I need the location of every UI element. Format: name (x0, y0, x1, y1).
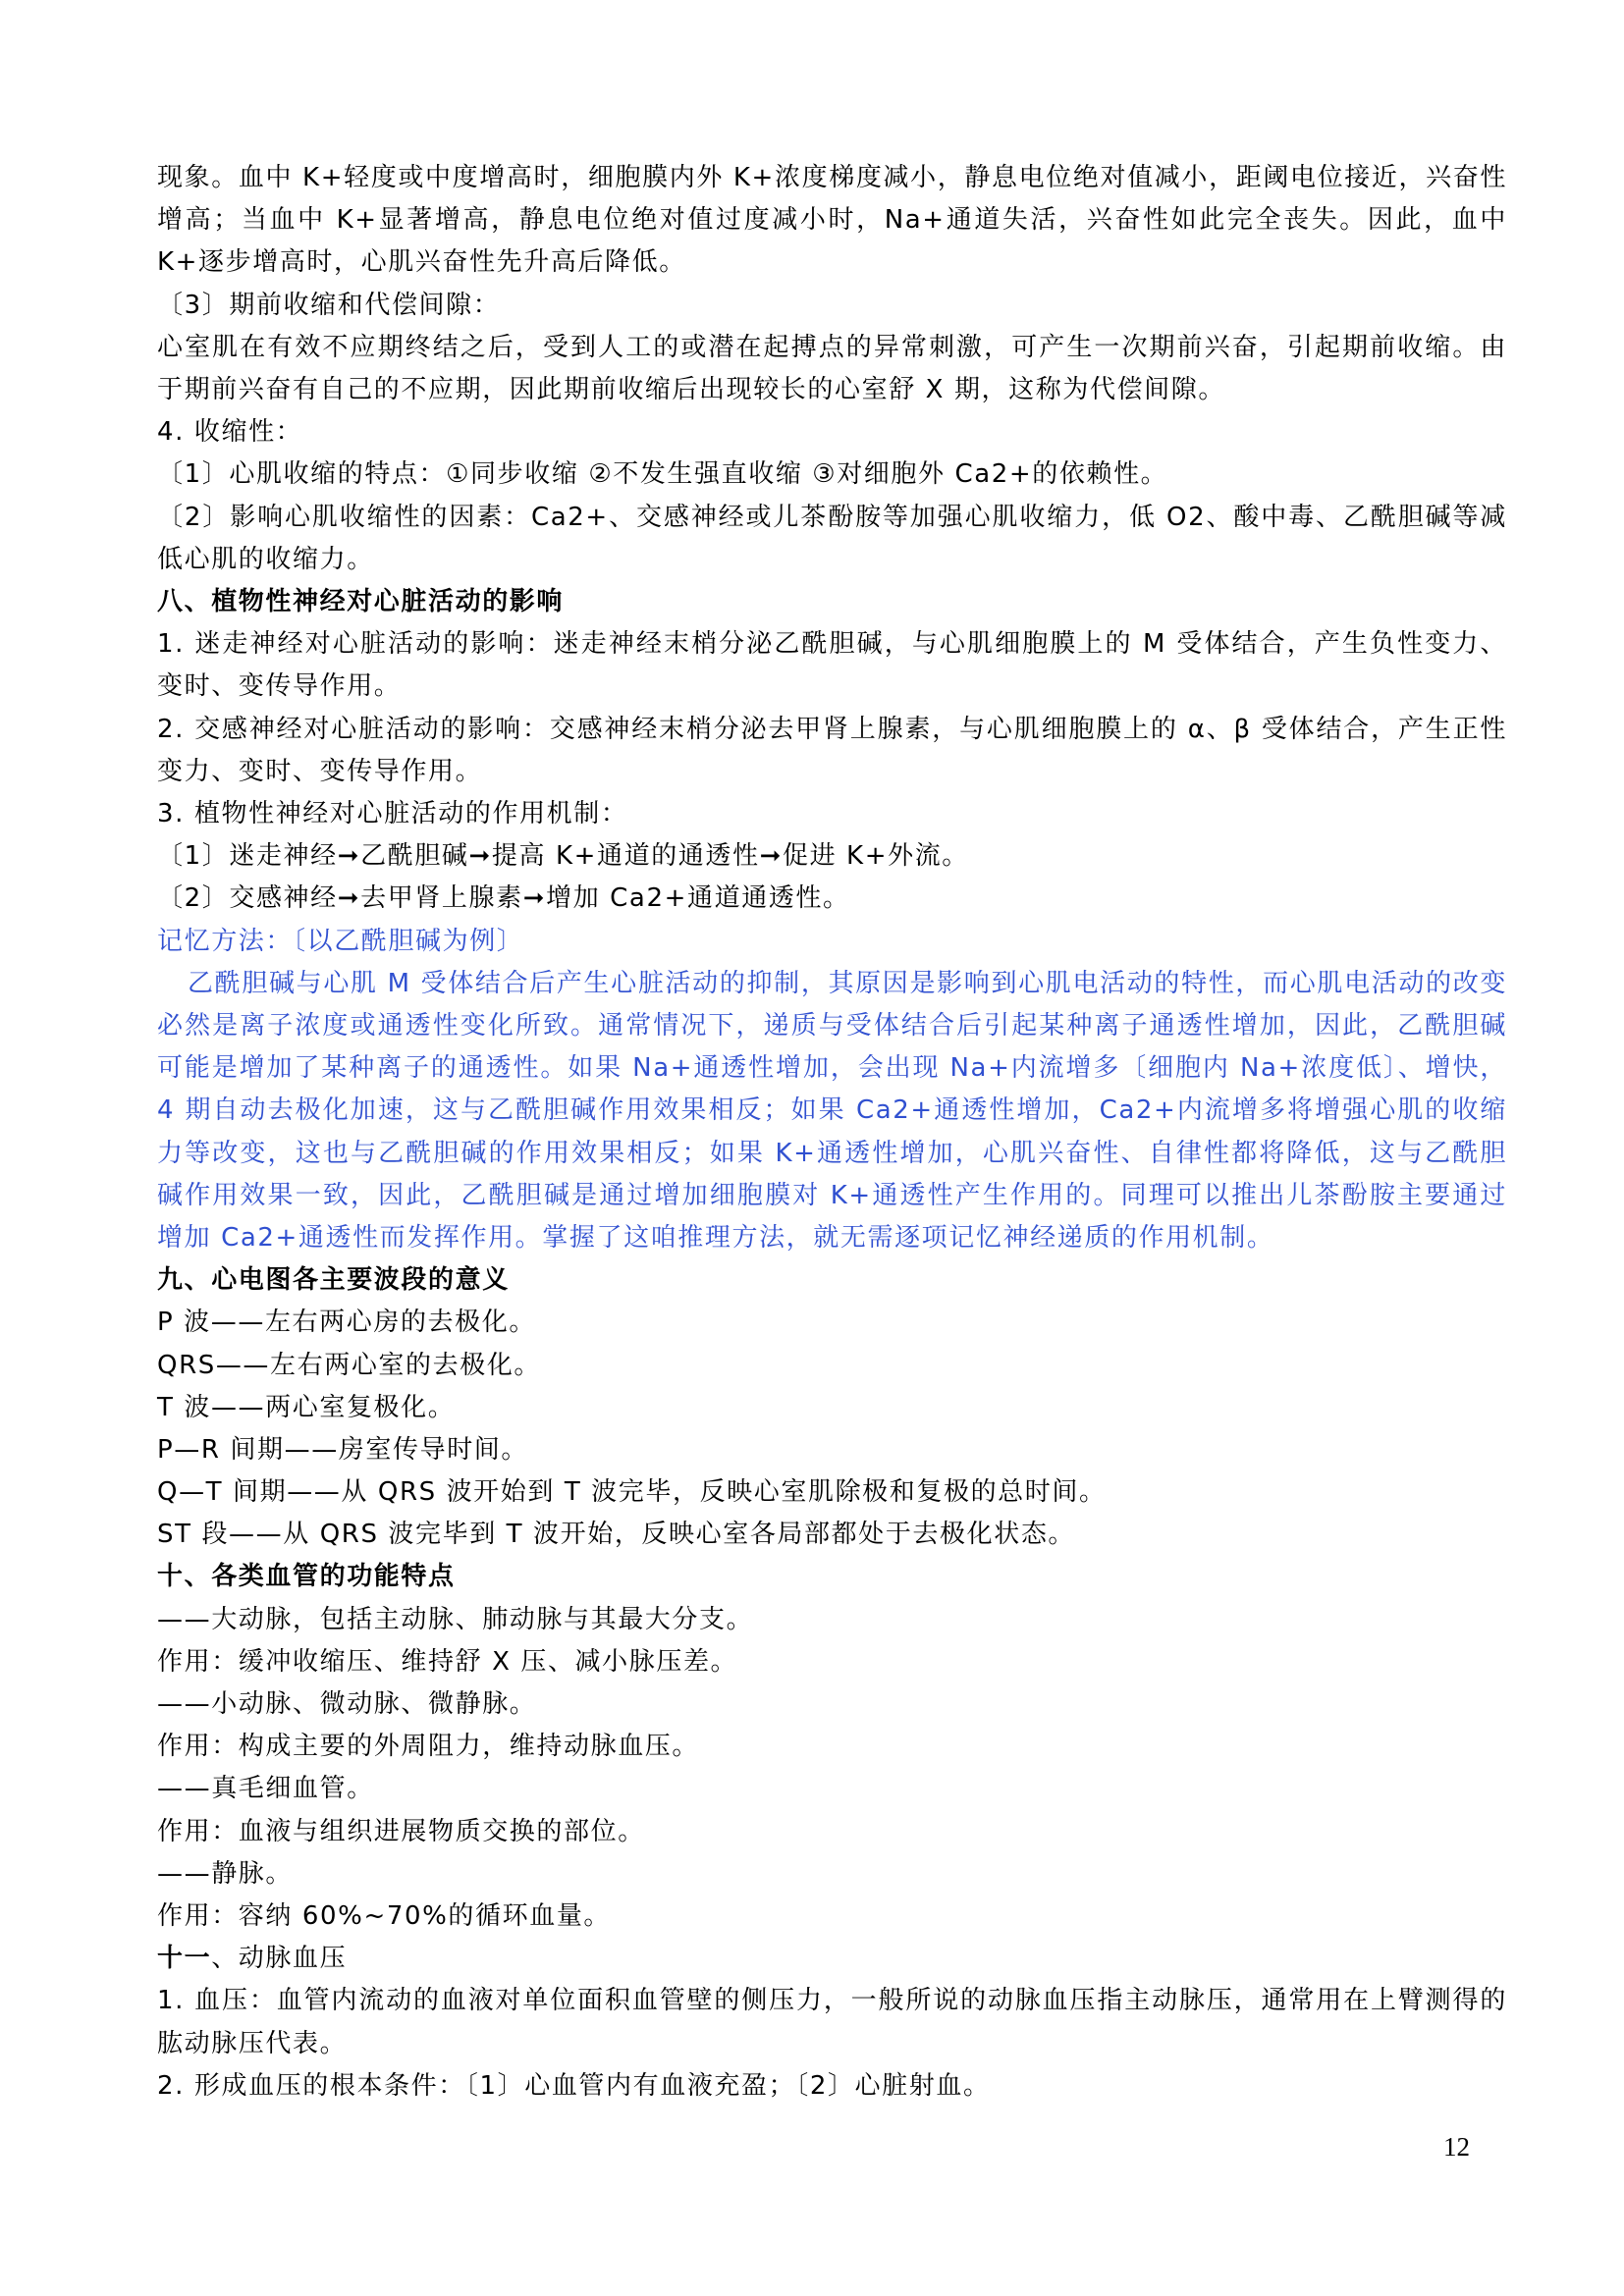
ecg-item: T 波——两心室复极化。 (157, 1387, 1507, 1429)
vessel-item: ——真毛细血管。 (157, 1768, 1507, 1810)
ecg-item: QRS——左右两心室的去极化。 (157, 1345, 1507, 1387)
section-heading-8: 八、植物性神经对心脏活动的影响 (157, 581, 1507, 623)
ecg-item: P—R 间期——房室传导时间。 (157, 1429, 1507, 1471)
section-heading-10: 十、各类血管的功能特点 (157, 1556, 1507, 1598)
subheading-premature-contraction: 〔3〕期前收缩和代偿间隙： (157, 285, 1507, 327)
section-heading-11-number: 十一 (157, 1944, 211, 1973)
ecg-item: Q—T 间期——从 QRS 波开始到 T 波完毕，反映心室肌除极和复极的总时间。 (157, 1471, 1507, 1514)
vessel-item: 作用：构成主要的外周阻力，维持动脉血压。 (157, 1726, 1507, 1768)
section-heading-9: 九、心电图各主要波段的意义 (157, 1259, 1507, 1302)
section8-paragraph-2: 2. 交感神经对心脏活动的影响：交感神经末梢分泌去甲肾上腺素，与心肌细胞膜上的 … (157, 709, 1507, 793)
section11-paragraph-1: 1. 血压：血管内流动的血液对单位面积血管壁的侧压力，一般所说的动脉血压指主动脉… (157, 1980, 1507, 2064)
section-heading-11: 十一、动脉血压 (157, 1938, 1507, 1980)
paragraph-k-effect: 现象。血中 K+轻度或中度增高时，细胞膜内外 K+浓度梯度减小，静息电位绝对值减… (157, 157, 1507, 285)
subheading-contractility: 4. 收缩性： (157, 411, 1507, 454)
section11-paragraph-2: 2. 形成血压的根本条件：〔1〕心血管内有血液充盈；〔2〕心脏射血。 (157, 2065, 1507, 2108)
document-page: 现象。血中 K+轻度或中度增高时，细胞膜内外 K+浓度梯度减小，静息电位绝对值减… (157, 157, 1507, 2108)
vessel-item: 作用：缓冲收缩压、维持舒 X 压、减小脉压差。 (157, 1641, 1507, 1683)
section8-paragraph-3: 3. 植物性神经对心脏活动的作用机制： (157, 793, 1507, 835)
memory-method-text: 乙酰胆碱与心肌 M 受体结合后产生心脏活动的抑制，其原因是影响到心肌电活动的特性… (157, 963, 1507, 1259)
contractility-item-1: 〔1〕心肌收缩的特点：①同步收缩 ②不发生强直收缩 ③对细胞外 Ca2+的依赖性… (157, 454, 1507, 496)
vessel-item: 作用：血液与组织进展物质交换的部位。 (157, 1811, 1507, 1853)
section8-paragraph-1: 1. 迷走神经对心脏活动的影响：迷走神经末梢分泌乙酰胆碱，与心肌细胞膜上的 M … (157, 623, 1507, 708)
section-heading-11-title: 、动脉血压 (211, 1944, 347, 1973)
ecg-item: ST 段——从 QRS 波完毕到 T 波开始，反映心室各局部都处于去极化状态。 (157, 1514, 1507, 1556)
page-number: 12 (1443, 2132, 1470, 2163)
vessel-item: ——大动脉，包括主动脉、肺动脉与其最大分支。 (157, 1599, 1507, 1641)
vessel-item: 作用：容纳 60%~70%的循环血量。 (157, 1896, 1507, 1938)
mechanism-item-1: 〔1〕迷走神经➞乙酰胆碱➞提高 K+通道的通透性➞促进 K+外流。 (157, 835, 1507, 878)
mechanism-item-2: 〔2〕交感神经➞去甲肾上腺素➞增加 Ca2+通道通透性。 (157, 878, 1507, 920)
vessel-item: ——静脉。 (157, 1853, 1507, 1896)
memory-method-title: 记忆方法：〔以乙酰胆碱为例〕 (157, 921, 1507, 963)
contractility-item-2: 〔2〕影响心肌收缩性的因素：Ca2+、交感神经或儿茶酚胺等加强心肌收缩力，低 O… (157, 497, 1507, 581)
vessel-item: ——小动脉、微动脉、微静脉。 (157, 1683, 1507, 1726)
ecg-item: P 波——左右两心房的去极化。 (157, 1302, 1507, 1344)
paragraph-premature-contraction: 心室肌在有效不应期终结之后，受到人工的或潜在起搏点的异常刺激，可产生一次期前兴奋… (157, 327, 1507, 411)
